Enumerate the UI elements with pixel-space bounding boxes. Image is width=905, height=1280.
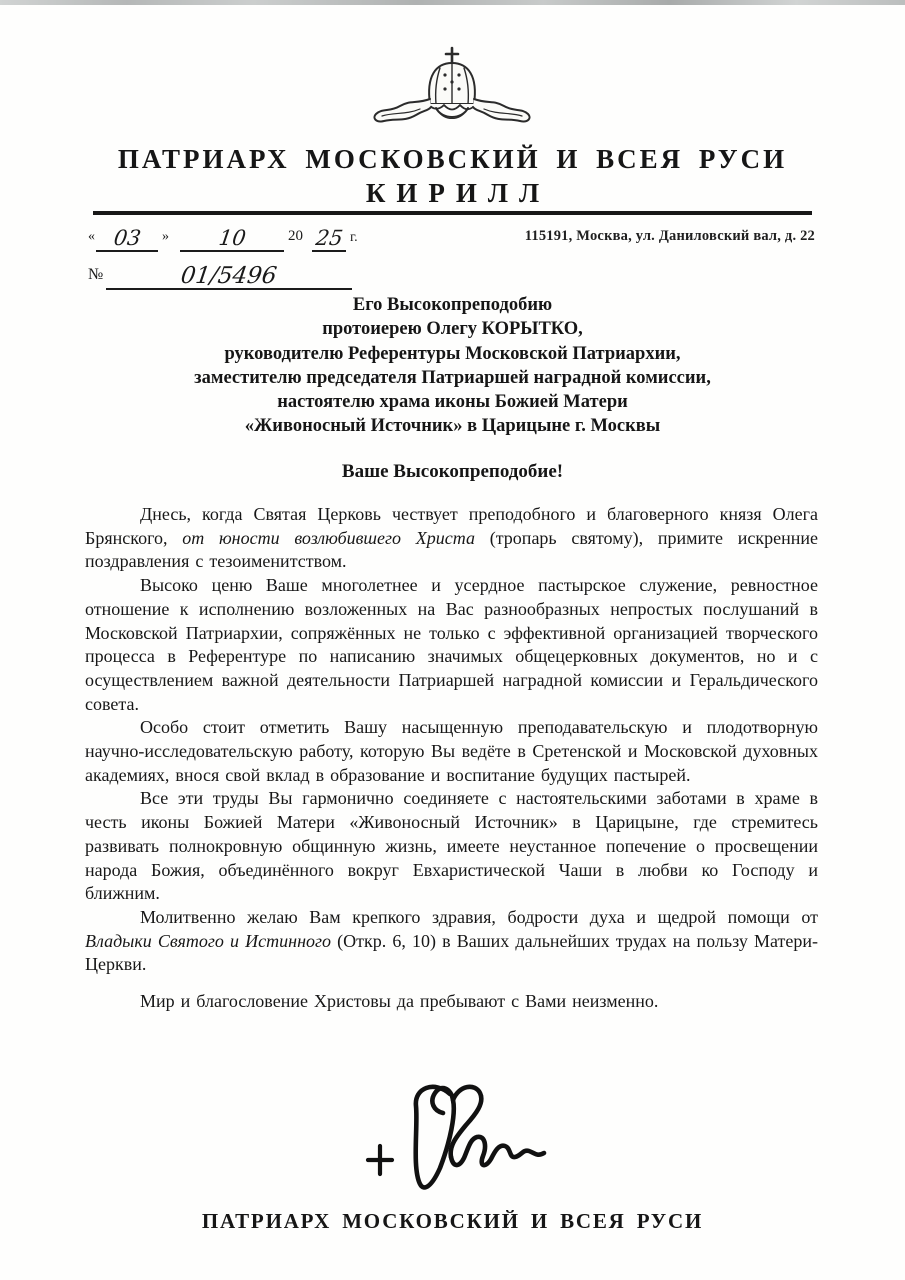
body-paragraph: Днесь, когда Святая Церковь чествует пре… [85,503,818,574]
addressee-line: заместителю председателя Патриаршей нагр… [0,366,905,390]
footer-title: ПАТРИАРХ МОСКОВСКИЙ И ВСЕЯ РУСИ [0,1209,905,1234]
addressee-line: руководителю Референтуры Московской Патр… [0,342,905,366]
letterhead-address: 115191, Москва, ул. Даниловский вал, д. … [525,228,815,245]
addressee-line: «Живоносный Источник» в Царицыне г. Моск… [0,414,905,438]
scanned-letter-page: ПАТРИАРХ МОСКОВСКИЙ И ВСЕЯ РУСИ КИРИЛЛ «… [0,0,905,1280]
letterhead-title: ПАТРИАРХ МОСКОВСКИЙ И ВСЕЯ РУСИ [0,144,905,175]
addressee-line: протоиерею Олегу КОРЫТКО, [0,317,905,341]
salutation: Ваше Высокопреподобие! [0,461,905,483]
addressee-line: настоятелю храма иконы Божией Матери [0,390,905,414]
letterhead-name: КИРИЛЛ [0,178,905,209]
document-number-line: № 01/5496 [88,258,468,294]
body-paragraph: Молитвенно желаю Вам крепкого здравия, б… [85,906,818,977]
addressee-block: Его Высокопреподобию протоиерею Олегу КО… [0,293,905,439]
signature-cross-icon [368,1146,392,1174]
number-field: 01/5496 [106,264,352,290]
number-label: № [88,266,103,284]
body-paragraph: Все эти труды Вы гармонично соединяете с… [85,787,818,906]
date-year-field: 25 [312,226,346,252]
body-paragraph: Особо стоит отметить Вашу насыщенную пре… [85,716,818,787]
date-month-field: 10 [180,226,284,252]
signature-autograph [356,1080,600,1200]
date-line: « 03 » 10 20 25 г. [88,222,568,256]
date-day-field: 03 [96,226,158,252]
scan-edge-artifact [0,0,905,5]
letter-body: Днесь, когда Святая Церковь чествует пре… [85,503,818,1014]
addressee-line: Его Высокопреподобию [0,293,905,317]
patriarchal-cowl-icon [368,44,536,136]
body-paragraph: Высоко ценю Ваше многолетнее и усердное … [85,574,818,716]
date-open-quote: « [88,229,95,245]
letterhead-divider [93,211,812,215]
date-year-prefix: 20 [288,228,303,245]
body-paragraph: Мир и благословение Христовы да пребываю… [85,990,818,1014]
date-close-quote: » [162,229,169,245]
date-year-suffix: г. [350,230,358,246]
